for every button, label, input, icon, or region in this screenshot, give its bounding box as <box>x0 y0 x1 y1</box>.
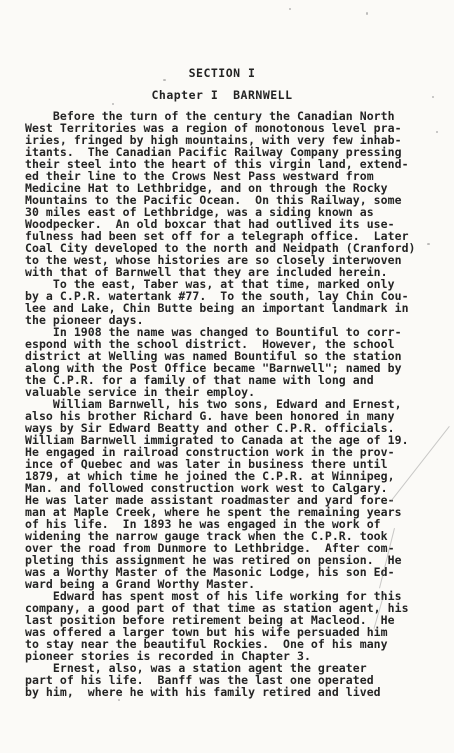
body-text: Before the turn of the century the Canad… <box>25 110 445 698</box>
section-title: SECTION I <box>189 66 256 80</box>
paragraph: William Barnwell, his two sons, Edward a… <box>25 398 445 590</box>
scan-speck <box>366 12 368 15</box>
text-line: by him, where he with his family retired… <box>25 686 445 698</box>
chapter-title: Chapter I BARNWELL <box>25 88 419 102</box>
scan-speck <box>118 699 120 701</box>
paragraph: To the east, Taber was, at that time, ma… <box>25 278 445 326</box>
section-header: SECTION I <box>25 62 419 81</box>
scan-speck <box>112 103 114 105</box>
paragraph: Before the turn of the century the Canad… <box>25 110 445 278</box>
scan-speck <box>163 79 166 81</box>
scan-speck <box>432 96 434 98</box>
scan-speck <box>289 8 291 10</box>
scan-speck <box>427 243 430 245</box>
scanned-document-page: SECTION I Chapter I BARNWELL Before the … <box>0 0 454 753</box>
paragraph: Ernest, also, was a station agent the gr… <box>25 662 445 698</box>
scan-speck <box>436 131 438 133</box>
paragraph: In 1908 the name was changed to Bountifu… <box>25 326 445 398</box>
